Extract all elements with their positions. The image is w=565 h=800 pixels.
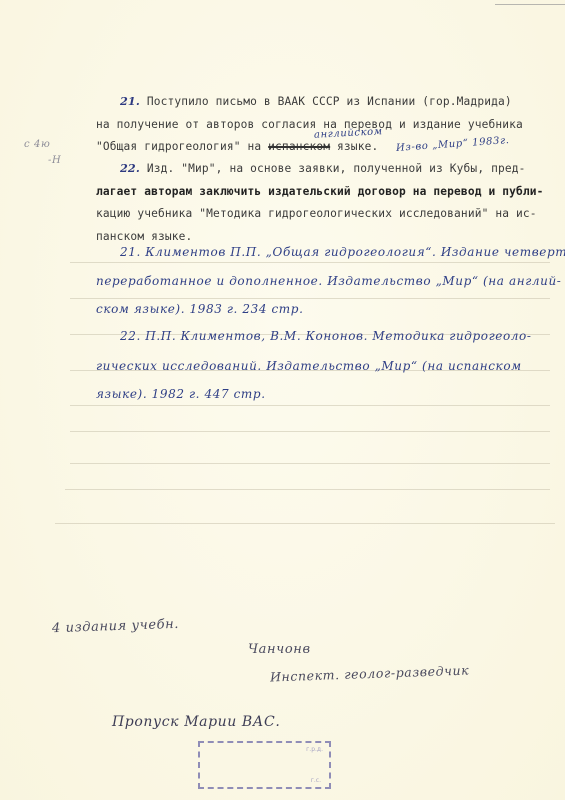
hand-entry-22-line-2: гических исследований. Издательство „Мир… — [96, 360, 522, 372]
item-21-line-2: на получение от авторов согласия на пере… — [96, 119, 523, 130]
hand-entry-22-line-1: 22. П.П. Климентов, В.М. Кононов. Методи… — [120, 330, 532, 342]
archive-stamp: г.р.д. г.с. — [198, 741, 331, 789]
hand-entry-21-line-3: ском языке). 1983 г. 234 стр. — [96, 303, 303, 315]
hand-entry-21-line-1: 21. Климентов П.П. „Общая гидрогеология“… — [120, 246, 565, 258]
ruled-line — [70, 262, 550, 263]
document-page: 21. Поступило письмо в ВААК СССР из Испа… — [0, 0, 565, 800]
ruled-line — [55, 523, 555, 524]
signature-title: Инспект. геолог-разведчик — [270, 665, 470, 684]
ruled-line — [70, 405, 550, 406]
signature-name: Чанчонв — [248, 643, 311, 656]
page-edge — [495, 4, 565, 5]
hand-entry-21-line-2: переработанное и дополненное. Издательст… — [96, 275, 561, 287]
handwritten-insertion: английском — [314, 127, 383, 141]
item-21-number: 21. — [120, 94, 140, 108]
handwritten-publisher-note: Из-во „Мир“ 1983г. — [396, 136, 510, 154]
ruled-line — [70, 298, 550, 299]
item-21-line-3: "Общая гидрогеология" на испанском языке… — [96, 141, 378, 152]
ruled-line — [70, 463, 550, 464]
stamp-corner-text: г.р.д. — [306, 746, 323, 753]
item-22-line-1: 22. Изд. "Мир", на основе заявки, получе… — [120, 163, 526, 174]
stamp-bottom-text: г.с. — [311, 777, 321, 784]
ruled-line — [70, 431, 550, 432]
item-22-line-3: кацию учебника "Методика гидрогеологичес… — [96, 208, 537, 219]
margin-note-line-1: с 4ю — [24, 140, 50, 150]
item-22-number: 22. — [120, 161, 140, 175]
pencil-note-editions: 4 издания учебн. — [52, 618, 179, 635]
bottom-note: Пропуск Марии ВАС. — [112, 715, 280, 729]
struck-word: испанском — [268, 140, 330, 153]
item-22-line-4: панском языке. — [96, 231, 192, 242]
margin-note-line-2: -Н — [48, 156, 61, 166]
ruled-line — [65, 489, 550, 490]
item-21-line-1: 21. Поступило письмо в ВААК СССР из Испа… — [120, 96, 512, 107]
item-22-line-2: лагает авторам заключить издательский до… — [96, 186, 544, 197]
hand-entry-22-line-3: языке). 1982 г. 447 стр. — [96, 388, 266, 400]
